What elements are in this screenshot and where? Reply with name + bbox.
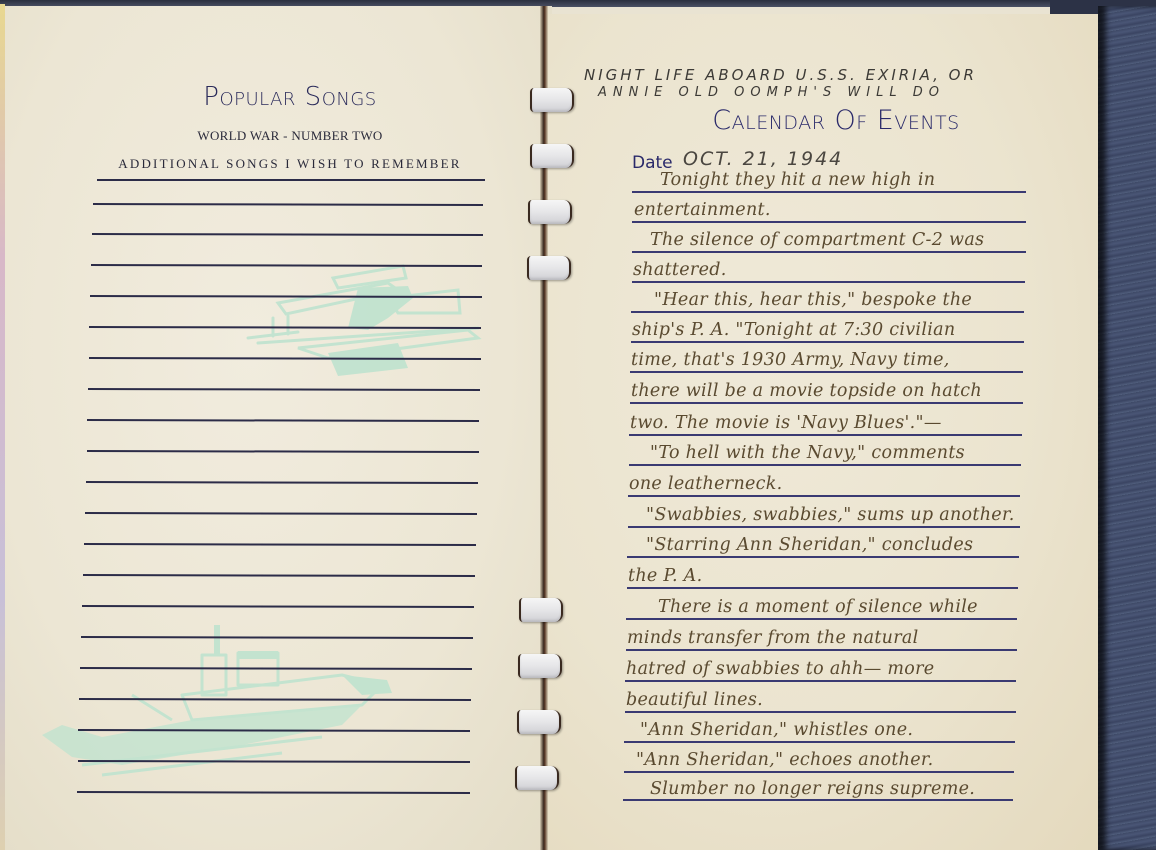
ruled-line — [632, 221, 1026, 223]
spiral-ring — [528, 200, 572, 224]
handwritten-heading-line-1: NIGHT LIFE ABOARD U.S.S. EXIRIA, OR — [584, 66, 977, 84]
section-caption: ADDITIONAL SONGS I WISH TO REMEMBER — [100, 156, 480, 172]
ruled-line — [624, 771, 1014, 773]
ruled-line — [632, 251, 1026, 253]
biplane-floatplane-icon — [238, 258, 488, 378]
entry-line: hatred of swabbies to ahh— more — [626, 659, 934, 679]
ruled-line — [97, 179, 485, 181]
page-subtitle: WORLD WAR - NUMBER TWO — [150, 128, 430, 144]
ruled-line — [625, 711, 1016, 713]
entry-line: the P. A. — [628, 566, 702, 586]
spiral-ring — [530, 88, 574, 112]
entry-line: "Hear this, hear this," bespoke the — [654, 290, 972, 310]
ruled-line — [630, 371, 1023, 373]
entry-line: beautiful lines. — [626, 690, 763, 710]
spiral-ring — [530, 144, 574, 168]
book-cover-edge — [1098, 6, 1156, 850]
spiral-ring — [515, 766, 559, 790]
entry-line: "To hell with the Navy," comments — [650, 443, 965, 463]
entry-line: "Starring Ann Sheridan," concludes — [646, 535, 973, 555]
date-value: OCT. 21, 1944 — [683, 148, 843, 170]
spiral-ring — [517, 710, 561, 734]
entry-line: entertainment. — [634, 200, 771, 220]
page-edge-tint — [0, 4, 5, 850]
ruled-line — [623, 799, 1013, 801]
handwritten-heading-line-2: ANNIE OLD OOMPH'S WILL DO — [598, 85, 945, 100]
ruled-line — [624, 741, 1015, 743]
entry-line: minds transfer from the natural — [627, 628, 919, 648]
entry-line: one leatherneck. — [629, 474, 783, 494]
ruled-line — [626, 618, 1017, 620]
ruled-line — [628, 495, 1020, 497]
entry-line: There is a moment of silence while — [658, 597, 978, 617]
entry-line: two. The movie is 'Navy Blues'."— — [630, 413, 942, 433]
ruled-line — [631, 311, 1024, 313]
entry-line: "Ann Sheridan," echoes another. — [636, 750, 934, 770]
ruled-line — [632, 281, 1025, 283]
entry-line: Tonight they hit a new high in — [660, 170, 935, 190]
entry-line: Slumber no longer reigns supreme. — [650, 779, 975, 799]
entry-line: "Ann Sheridan," whistles one. — [640, 720, 913, 740]
ruled-line — [629, 464, 1021, 466]
page-title-calendar-of-events: Calendar Of Events — [706, 105, 966, 136]
ruled-line — [625, 680, 1016, 682]
entry-line: "Swabbies, swabbies," sums up another. — [646, 505, 1015, 525]
ruled-line — [632, 191, 1026, 193]
ruled-line — [630, 402, 1023, 404]
ruled-line — [631, 341, 1024, 343]
spiral-ring — [519, 598, 563, 622]
entry-line: ship's P. A. "Tonight at 7:30 civilian — [632, 320, 955, 340]
ruled-line — [628, 526, 1020, 528]
ruled-line — [629, 434, 1022, 436]
entry-line: shattered. — [633, 260, 727, 280]
battleship-icon — [42, 625, 402, 780]
entry-line: time, that's 1930 Army, Navy time, — [631, 350, 950, 370]
ruled-line — [627, 556, 1019, 558]
ruled-line — [626, 649, 1017, 651]
entry-line: there will be a movie topside on hatch — [631, 381, 982, 401]
spiral-ring — [518, 654, 562, 678]
page-title-popular-songs: Popular Songs — [190, 82, 390, 112]
entry-line: The silence of compartment C-2 was — [650, 230, 984, 250]
spiral-ring — [527, 256, 571, 280]
ruled-line — [627, 587, 1018, 589]
